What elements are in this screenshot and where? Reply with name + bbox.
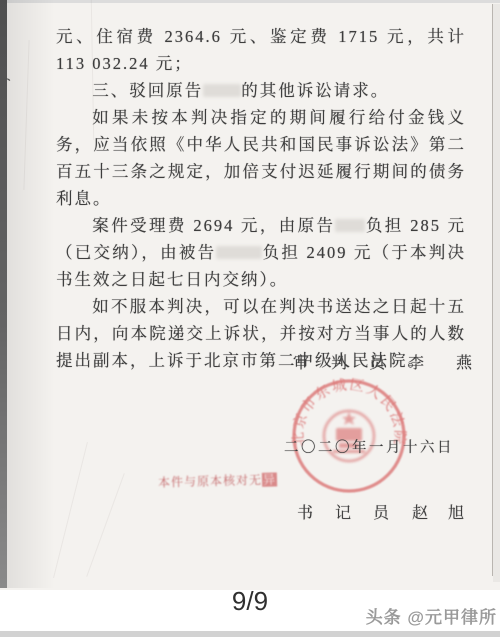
- judgment-photo-page: 、 元、住宿费 2364.6 元、鉴定费 1715 元，共计 113 032.2…: [0, 0, 500, 637]
- clerk-title: 书 记 员: [297, 505, 398, 522]
- redacted-name: [216, 246, 262, 259]
- paragraph-dismissal: 三、驳回原告的其他诉讼请求。: [56, 77, 466, 104]
- judge-signature-line: 审 判 员李 燕: [293, 350, 486, 373]
- redacted-name: [335, 219, 365, 232]
- toutiao-watermark: 头条 @元甲律所: [366, 603, 497, 628]
- paper-crease: [86, 473, 125, 577]
- judgment-date: 二〇二〇年一月十六日: [284, 436, 454, 457]
- judge-name: 李 燕: [408, 355, 486, 372]
- scan-right-margin: [493, 4, 500, 582]
- scan-left-edge: [0, 0, 7, 588]
- paper-shadow: [7, 0, 55, 588]
- copy-verification-stamp: 本件与原本核对无异: [158, 470, 277, 490]
- redacted-name: [203, 84, 241, 97]
- bottom-edge: [0, 631, 500, 637]
- scan-top-edge: [0, 0, 500, 3]
- paragraph-interest: 如果未按本判决指定的期间履行给付金钱义务，应当依照《中华人民共和国民事诉讼法》第…: [56, 104, 466, 212]
- clerk-name: 赵 旭: [412, 505, 472, 522]
- paragraph-court-fee: 案件受理费 2694 元，由原告负担 285 元（已交纳），由被告负担 2409…: [56, 212, 466, 293]
- judge-title: 审 判 员: [293, 355, 394, 372]
- paragraph-costs: 元、住宿费 2364.6 元、鉴定费 1715 元，共计 113 032.24 …: [56, 23, 466, 77]
- clerk-signature-line: 书 记 员赵 旭: [297, 500, 472, 523]
- judgment-body-text: 元、住宿费 2364.6 元、鉴定费 1715 元，共计 113 032.24 …: [56, 23, 466, 374]
- paper-scan: 、 元、住宿费 2364.6 元、鉴定费 1715 元，共计 113 032.2…: [0, 0, 500, 590]
- paper-crease: [53, 442, 88, 578]
